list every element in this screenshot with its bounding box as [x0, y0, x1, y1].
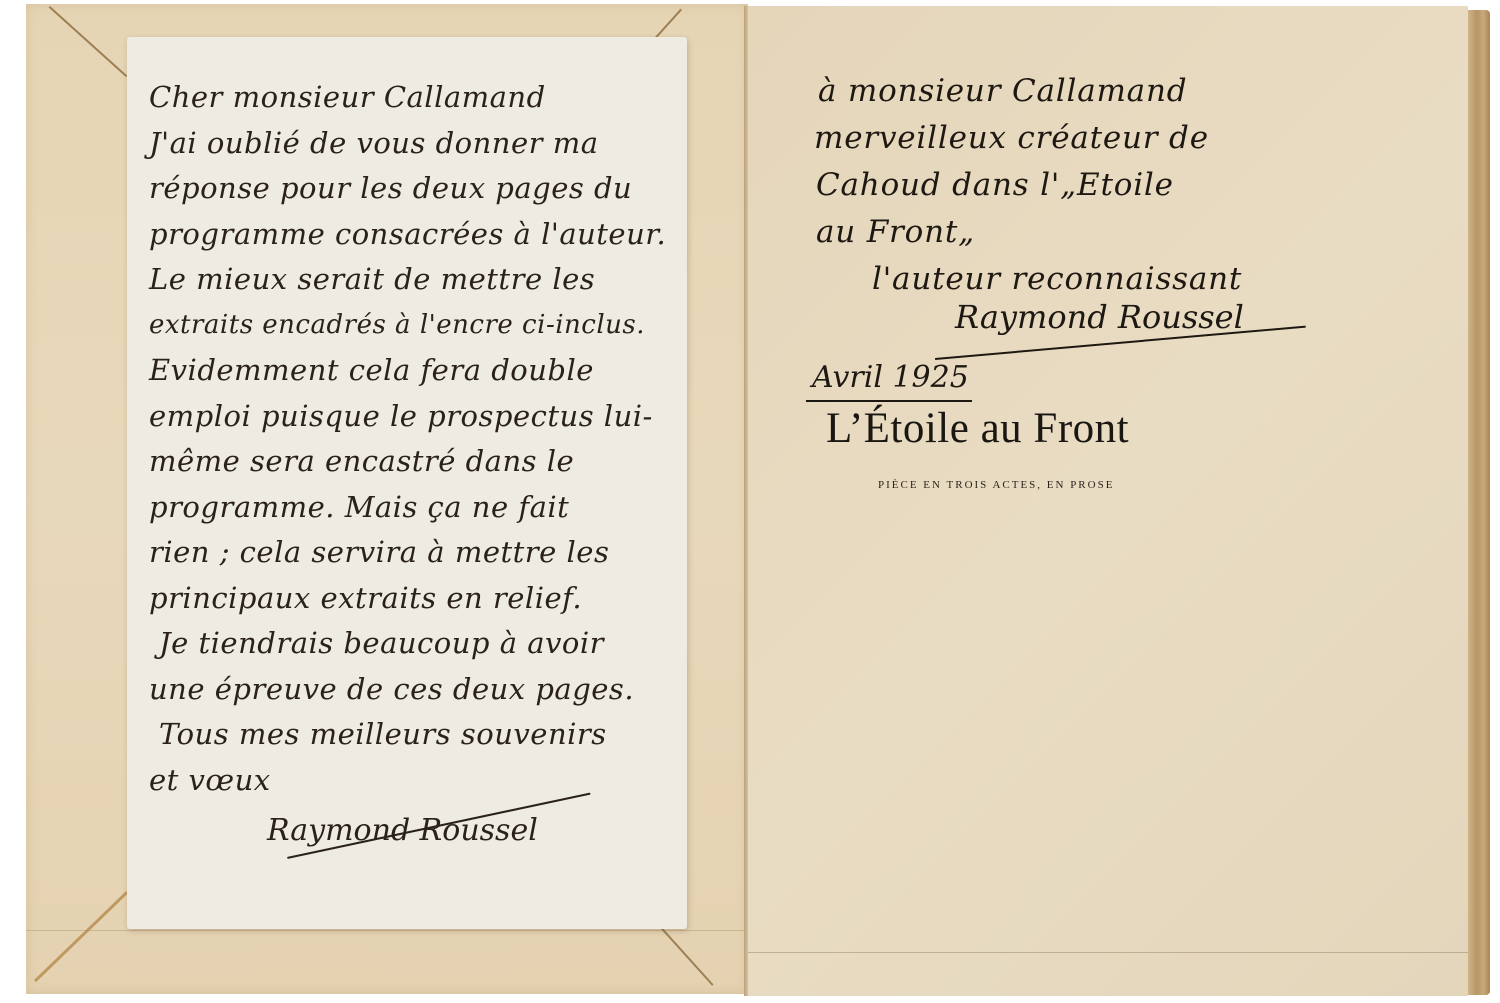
letter-line: programme. Mais ça ne fait: [149, 485, 667, 531]
dedication-line: l'auteur reconnaissant: [812, 256, 1242, 303]
letter-line: principaux extraits en relief.: [149, 576, 667, 622]
letter-line: Tous mes meilleurs souvenirs: [149, 712, 667, 758]
letter-line: J'ai oublié de vous donner ma: [149, 121, 667, 167]
letter-line: Evidemment cela fera double: [149, 348, 667, 394]
letter-line: programme consacrées à l'auteur.: [149, 212, 667, 258]
handwritten-dedication: à monsieur Callamand merveilleux créateu…: [812, 68, 1242, 303]
letter-line: même sera encastré dans le: [149, 439, 667, 485]
letter-signature: Raymond Roussel: [267, 813, 538, 848]
letter-line: Je tiendrais beaucoup à avoir: [149, 621, 667, 667]
folder-bottom-fold: [26, 930, 748, 931]
letter-line: Cher monsieur Callamand: [149, 75, 667, 121]
book-title: L’Étoile au Front: [826, 404, 1129, 453]
dedication-line: à monsieur Callamand: [812, 68, 1242, 115]
letter-line: rien ; cela servira à mettre les: [149, 530, 667, 576]
letter-line: une épreuve de ces deux pages.: [149, 667, 667, 713]
letter-line: et vœux: [149, 758, 667, 804]
book-subtitle: PIÈCE EN TROIS ACTES, EN PROSE: [878, 479, 1114, 491]
letter-line: Le mieux serait de mettre les: [149, 257, 667, 303]
page-bottom-fold: [748, 952, 1468, 953]
dedication-date: Avril 1925: [812, 360, 969, 395]
letter-line: emploi puisque le prospectus lui-: [149, 394, 667, 440]
dedication-line: Cahoud dans l'„Etoile: [812, 162, 1242, 209]
letter-line: réponse pour les deux pages du: [149, 166, 667, 212]
dedication-line: au Front„: [812, 209, 1242, 256]
letter-body: Cher monsieur Callamand J'ai oublié de v…: [149, 75, 667, 803]
page-edges: [1468, 10, 1490, 995]
dedication-signature: Raymond Roussel: [955, 298, 1244, 336]
dedication-line: merveilleux créateur de: [812, 115, 1242, 162]
handwritten-letter: Cher monsieur Callamand J'ai oublié de v…: [127, 37, 687, 929]
letter-line: extraits encadrés à l'encre ci-inclus.: [149, 303, 667, 349]
date-underline: [806, 400, 972, 402]
